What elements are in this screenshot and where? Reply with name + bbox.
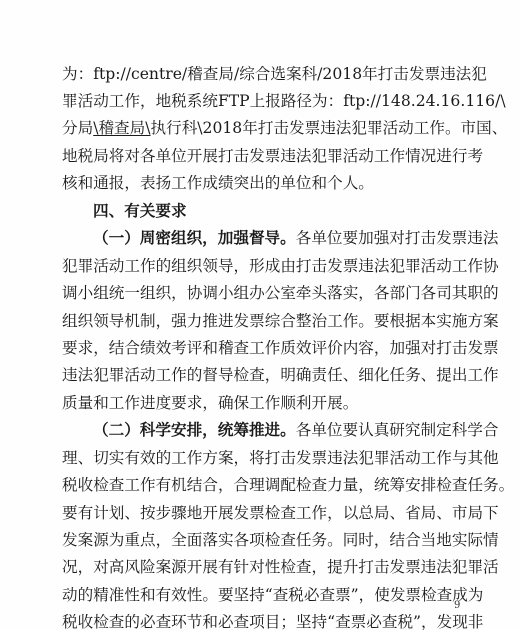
paragraph-2-first-line: （二）科学安排，统筹推进。各单位要认真研究制定科学合 — [93, 419, 458, 441]
text-line: 核和通报，表扬工作成绩突出的单位和个人。 — [62, 172, 458, 194]
text-line: 动的精准性和有效性。要坚持“查税必查票”，使发票检查成为 — [62, 584, 458, 606]
text-line: 地税局将对各单位开展打击发票违法犯罪活动工作情况进行考 — [62, 145, 458, 167]
text-fragment: 执行科\2018年打击发票违法犯罪活动工作。市国、 — [151, 119, 508, 137]
text-fragment: 各单位要认真研究制定科学合 — [296, 421, 499, 439]
text-line: 税收检查的必查环节和必查项目；坚持“查票必查税”，发现非 — [62, 611, 458, 630]
text-line: 为：ftp://centre/稽查局/综合选案科/2018年打击发票违法犯 — [62, 63, 458, 85]
text-line: 分局\稽查局\执行科\2018年打击发票违法犯罪活动工作。市国、 — [62, 117, 458, 139]
paragraph-1-title: （一）周密组织，加强督导。 — [93, 229, 296, 247]
text-line: 要有计划、按步骤地开展发票检查工作，以总局、省局、市局下 — [62, 502, 458, 524]
text-line: 要求，结合绩效考评和稽查工作质效评价内容，加强对打击发票 — [62, 337, 458, 359]
text-line: 质量和工作进度要求，确保工作顺利开展。 — [62, 392, 458, 414]
text-fragment: 分局 — [62, 119, 93, 137]
text-fragment: 各单位要加强对打击发票违法 — [296, 229, 499, 247]
paragraph-2-title: （二）科学安排，统筹推进。 — [93, 421, 296, 439]
paragraph-1-first-line: （一）周密组织，加强督导。各单位要加强对打击发票违法 — [93, 227, 458, 249]
text-line: 税收检查工作有机结合，合理调配检查力量，统筹安排检查任务。 — [62, 474, 458, 496]
text-line: 犯罪活动工作的组织领导，形成由打击发票违法犯罪活动工作协 — [62, 255, 458, 277]
page-number: 9 — [454, 600, 460, 611]
underlined-path-segment: \稽查局\ — [93, 119, 150, 137]
text-line: 况，对高风险案源开展有针对性检查，提升打击发票违法犯罪活 — [62, 556, 458, 578]
document-page: 为：ftp://centre/稽查局/综合选案科/2018年打击发票违法犯 罪活… — [0, 0, 520, 630]
text-line: 理、切实有效的工作方案，将打击发票违法犯罪活动工作与其他 — [62, 447, 458, 469]
text-line: 发案源为重点，全面落实各项检查任务。同时，结合当地实际情 — [62, 529, 458, 551]
section-heading: 四、有关要求 — [93, 200, 458, 222]
text-line: 组织领导机制，强力推进发票综合整治工作。要根据本实施方案 — [62, 310, 458, 332]
text-line: 违法犯罪活动工作的督导检查，明确责任、细化任务、提出工作 — [62, 364, 458, 386]
text-line: 调小组统一组织，协调小组办公室牵头落实，各部门各司其职的 — [62, 282, 458, 304]
text-line: 罪活动工作，地税系统FTP上报路径为：ftp://148.24.16.116/\ — [62, 90, 458, 112]
